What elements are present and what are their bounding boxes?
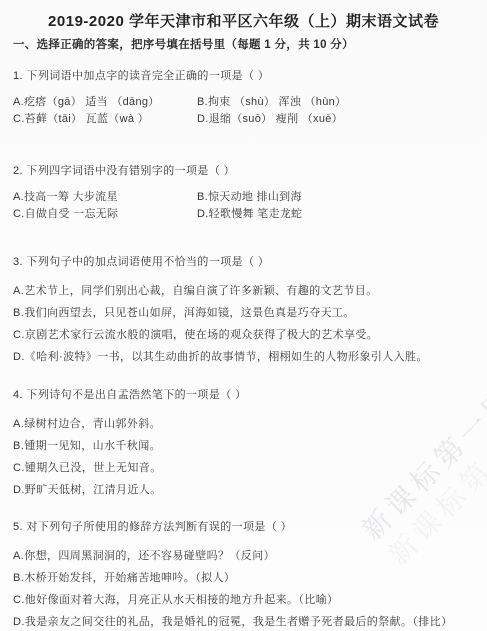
option: B.木桥开始发抖，开始痛苦地呻吟。（拟人） [13, 570, 473, 586]
question-options: A.技高一筹 大步流星B.惊天动地 排山到海C.自做自受 一忘无际D.轻歌慢舞 … [13, 189, 473, 223]
option: B.惊天动地 排山到海 [197, 189, 473, 206]
option: B.我们向西望去，只见苍山如屏，洱海如镜，这景色真是巧夺天工。 [13, 305, 473, 321]
question-list: 1. 下列词语中加点字的读音完全正确的一项是（ ）A.疙瘩（gā） 适当 （dā… [0, 0, 487, 631]
question-options: A.艺术节上，同学们别出心裁，自编自演了许多新颖、有趣的文艺节目。B.我们向西望… [13, 283, 473, 365]
question-5: 5. 对下列句子所使用的修辞方法判断有误的一项是（ ）A.你想，四周黑洞洞的，还… [13, 519, 473, 631]
question-stem: 2. 下列四字词语中没有错别字的一项是（ ） [13, 163, 473, 179]
question-options: A.疙瘩（gā） 适当 （dāng）B.拘束 （shù） 浑浊 （hùn）C.苔… [13, 94, 473, 128]
question-options: A.绿树村边合，青山郭外斜。B.锺期一见知，山水千秋闻。C.锺期久已没，世上无知… [13, 416, 473, 498]
option: C.自做自受 一忘无际 [13, 206, 197, 223]
question-1: 1. 下列词语中加点字的读音完全正确的一项是（ ）A.疙瘩（gā） 适当 （dā… [13, 68, 473, 128]
question-2: 2. 下列四字词语中没有错别字的一项是（ ）A.技高一筹 大步流星B.惊天动地 … [13, 163, 473, 223]
option: D.轻歌慢舞 笔走龙蛇 [197, 206, 473, 223]
option: D.我是亲友之间交往的礼品，我是婚礼的冠冕，我是生者赠予死者最后的祭献。（排比） [13, 614, 473, 630]
option: D.退缩（suō） 瘦削 （xuē） [197, 111, 473, 128]
question-options: A.你想，四周黑洞洞的，还不容易碰壁吗？（反问）B.木桥开始发抖，开始痛苦地呻吟… [13, 548, 473, 630]
option: C.锺期久已没，世上无知音。 [13, 460, 473, 476]
option: C.他好像面对着大海，月亮正从水天相接的地方升起来。（比喻） [13, 592, 473, 608]
option: C.京剧艺术家行云流水般的演唱，使在场的观众获得了极大的艺术享受。 [13, 327, 473, 343]
exam-paper-page: 新课标第一网 新课标第一网 2019-2020 学年天津市和平区六年级（上）期末… [0, 0, 487, 631]
question-stem: 1. 下列词语中加点字的读音完全正确的一项是（ ） [13, 68, 473, 84]
option: B.拘束 （shù） 浑浊 （hùn） [197, 94, 473, 111]
option: B.锺期一见知，山水千秋闻。 [13, 438, 473, 454]
option: A.技高一筹 大步流星 [13, 189, 197, 206]
question-stem: 5. 对下列句子所使用的修辞方法判断有误的一项是（ ） [13, 519, 473, 535]
option: A.疙瘩（gā） 适当 （dāng） [13, 94, 197, 111]
option: D.《哈利·波特》一书，以其生动曲折的故事情节，栩栩如生的人物形象引人入胜。 [13, 349, 473, 365]
question-stem: 3. 下列句子中的加点词语使用不恰当的一项是（ ） [13, 254, 473, 270]
question-3: 3. 下列句子中的加点词语使用不恰当的一项是（ ）A.艺术节上，同学们别出心裁，… [13, 254, 473, 371]
question-4: 4. 下列诗句不是出自孟浩然笔下的一项是（ ）A.绿树村边合，青山郭外斜。B.锺… [13, 387, 473, 504]
option: D.野旷天低树，江清月近人。 [13, 482, 473, 498]
option: A.你想，四周黑洞洞的，还不容易碰壁吗？（反问） [13, 548, 473, 564]
option: C.苔藓（tāi） 瓦蓝（wà ） [13, 111, 197, 128]
option: A.绿树村边合，青山郭外斜。 [13, 416, 473, 432]
option: A.艺术节上，同学们别出心裁，自编自演了许多新颖、有趣的文艺节目。 [13, 283, 473, 299]
question-stem: 4. 下列诗句不是出自孟浩然笔下的一项是（ ） [13, 387, 473, 403]
